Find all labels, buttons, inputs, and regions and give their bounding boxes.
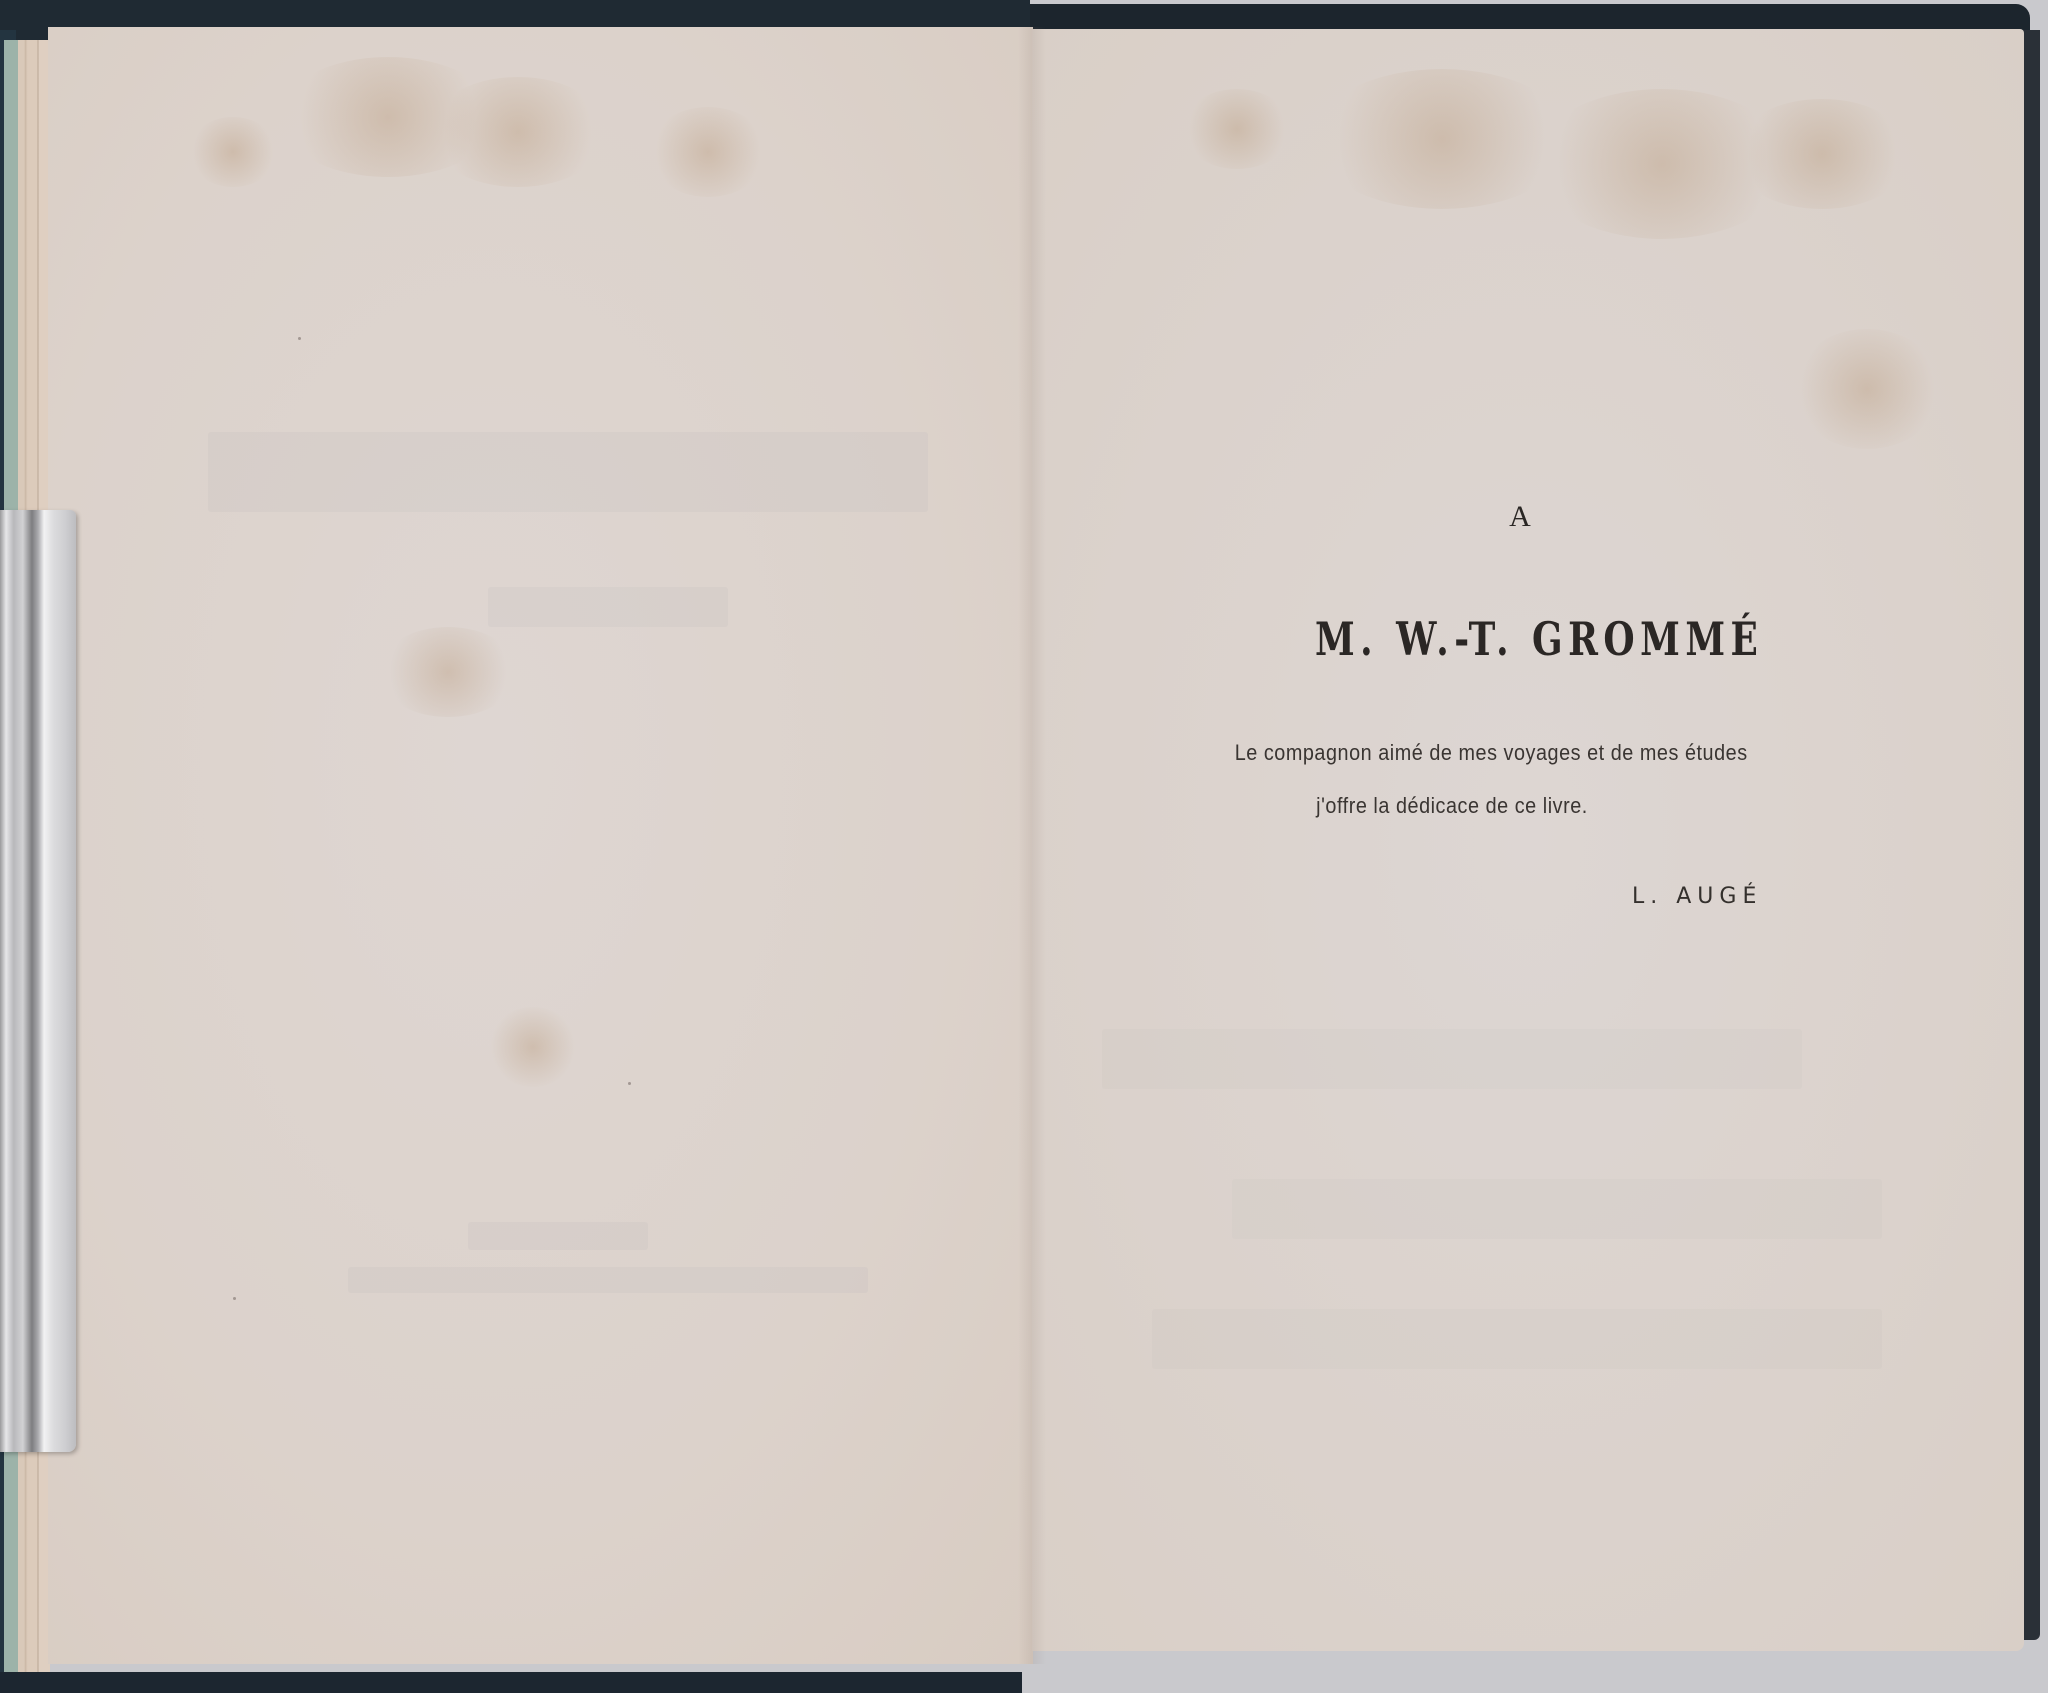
book-gutter <box>1018 27 1046 1664</box>
foxing-stain <box>188 117 278 187</box>
show-through-imprint <box>468 1222 648 1250</box>
left-page <box>48 27 1033 1664</box>
book-cover-right-edge <box>2022 30 2040 1640</box>
show-through-text <box>1152 1309 1882 1369</box>
book-cover-bottom <box>0 1672 1022 1693</box>
paper-speck <box>233 1297 236 1300</box>
show-through-subtitle <box>488 587 728 627</box>
paper-speck <box>298 337 301 340</box>
dedication-line-2: j'offre la dédicace de ce livre. <box>1315 793 1589 819</box>
foxing-stain <box>1312 69 1572 209</box>
foxing-stain <box>648 107 768 197</box>
metal-binder-clip <box>0 510 76 1452</box>
foxing-stain <box>1732 99 1912 209</box>
author-signature: L. AUGÉ <box>1632 884 1772 909</box>
show-through-title <box>208 432 928 512</box>
show-through-text <box>1232 1179 1882 1239</box>
show-through-text <box>1102 1029 1802 1089</box>
foxing-stain <box>378 627 518 717</box>
dedicatee-name: M. W.-T. GROMMÉ <box>1315 612 1705 666</box>
dedication-preposition: A <box>1500 500 1540 534</box>
paper-speck <box>628 1082 631 1085</box>
foxing-stain <box>488 1007 578 1087</box>
foxing-stain <box>1792 329 1942 449</box>
foxing-stain <box>1182 89 1292 169</box>
dedication-line-1: Le compagnon aimé de mes voyages et de m… <box>1235 740 1680 766</box>
show-through-imprint <box>348 1267 868 1293</box>
right-page <box>1032 29 2024 1651</box>
foxing-stain <box>428 77 608 187</box>
